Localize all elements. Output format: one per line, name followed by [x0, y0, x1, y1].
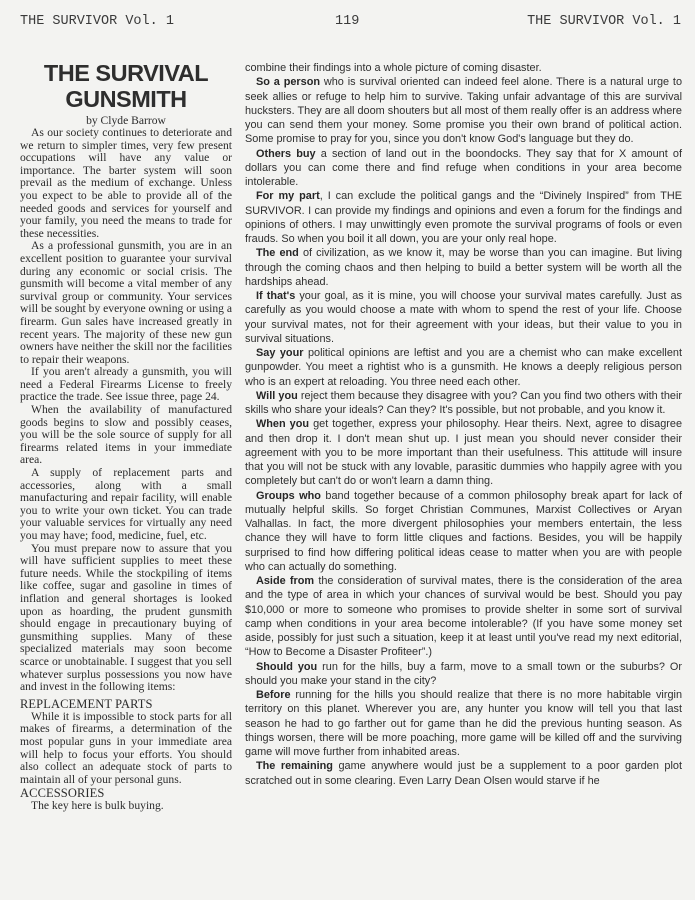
paragraph-text: political opinions are leftist and you a…	[245, 347, 682, 388]
editorial-paragraph: Groups who band together because of a co…	[245, 489, 682, 575]
paragraph-text: get together, express your philosophy. H…	[245, 418, 682, 487]
header-publication-right: THE SURVIVOR Vol. 1	[527, 14, 681, 29]
article-paragraph: A supply of replacement parts and access…	[20, 467, 232, 543]
article-paragraph: If you aren't already a gunsmith, you wi…	[20, 366, 232, 404]
lead-in: For my part	[256, 190, 320, 202]
paragraph-text: the consideration of survival mates, the…	[245, 575, 682, 658]
paragraph-text: your goal, as it is mine, you will choos…	[245, 290, 682, 345]
article-title-line-1: THE SURVIVAL	[20, 60, 232, 86]
editorial-column: combine their findings into a whole pict…	[245, 61, 682, 788]
article-paragraph: You must prepare now to assure that you …	[20, 543, 232, 694]
editorial-paragraph: Will you reject them because they disagr…	[245, 389, 682, 418]
subhead-accessories: ACCESSORIES	[20, 786, 232, 800]
editorial-paragraph: Aside from the consideration of survival…	[245, 574, 682, 660]
article-paragraph: As a professional gunsmith, you are in a…	[20, 240, 232, 366]
paragraph-text: running for the hills you should realize…	[245, 689, 682, 758]
paragraph-text: of civilization, as we know it, may be w…	[245, 247, 682, 288]
lead-in: Groups who	[256, 490, 321, 502]
editorial-paragraph: Say your political opinions are leftist …	[245, 346, 682, 389]
editorial-paragraph: Others buy a section of land out in the …	[245, 147, 682, 190]
editorial-continuation: combine their findings into a whole pict…	[245, 61, 682, 75]
lead-in: So a person	[256, 76, 320, 88]
lead-in: Should you	[256, 661, 317, 673]
lead-in: Aside from	[256, 575, 314, 587]
header-publication-left: THE SURVIVOR Vol. 1	[20, 14, 174, 29]
article-column: THE SURVIVAL GUNSMITH by Clyde Barrow As…	[20, 60, 232, 813]
article-paragraph: The key here is bulk buying.	[20, 800, 232, 813]
page-number: 119	[335, 14, 359, 29]
article-paragraph: When the availability of manufactured go…	[20, 404, 232, 467]
lead-in: Others buy	[256, 148, 316, 160]
editorial-paragraph: For my part, I can exclude the political…	[245, 189, 682, 246]
lead-in: When you	[256, 418, 309, 430]
editorial-paragraph: So a person who is survival oriented can…	[245, 75, 682, 146]
article-title: THE SURVIVAL GUNSMITH	[20, 60, 232, 112]
editorial-paragraph: If that's your goal, as it is mine, you …	[245, 289, 682, 346]
lead-in: The end	[256, 247, 299, 259]
subhead-replacement-parts: REPLACEMENT PARTS	[20, 697, 232, 711]
lead-in: If that's	[256, 290, 295, 302]
lead-in: Before	[256, 689, 291, 701]
editorial-paragraph: The end of civilization, as we know it, …	[245, 246, 682, 289]
editorial-paragraph: Before running for the hills you should …	[245, 688, 682, 759]
editorial-paragraph: The remaining game anywhere would just b…	[245, 759, 682, 788]
lead-in: The remaining	[256, 760, 333, 772]
editorial-paragraph: When you get together, express your phil…	[245, 417, 682, 488]
lead-in: Say your	[256, 347, 303, 359]
paragraph-text: reject them because they disagree with y…	[245, 390, 682, 416]
editorial-paragraph: Should you run for the hills, buy a farm…	[245, 660, 682, 689]
lead-in: Will you	[256, 390, 298, 402]
article-paragraph: While it is impossible to stock parts fo…	[20, 711, 232, 787]
running-header: THE SURVIVOR Vol. 1 119 THE SURVIVOR Vol…	[0, 14, 695, 34]
article-paragraph: As our society continues to deteriorate …	[20, 127, 232, 240]
article-title-line-2: GUNSMITH	[20, 86, 232, 112]
